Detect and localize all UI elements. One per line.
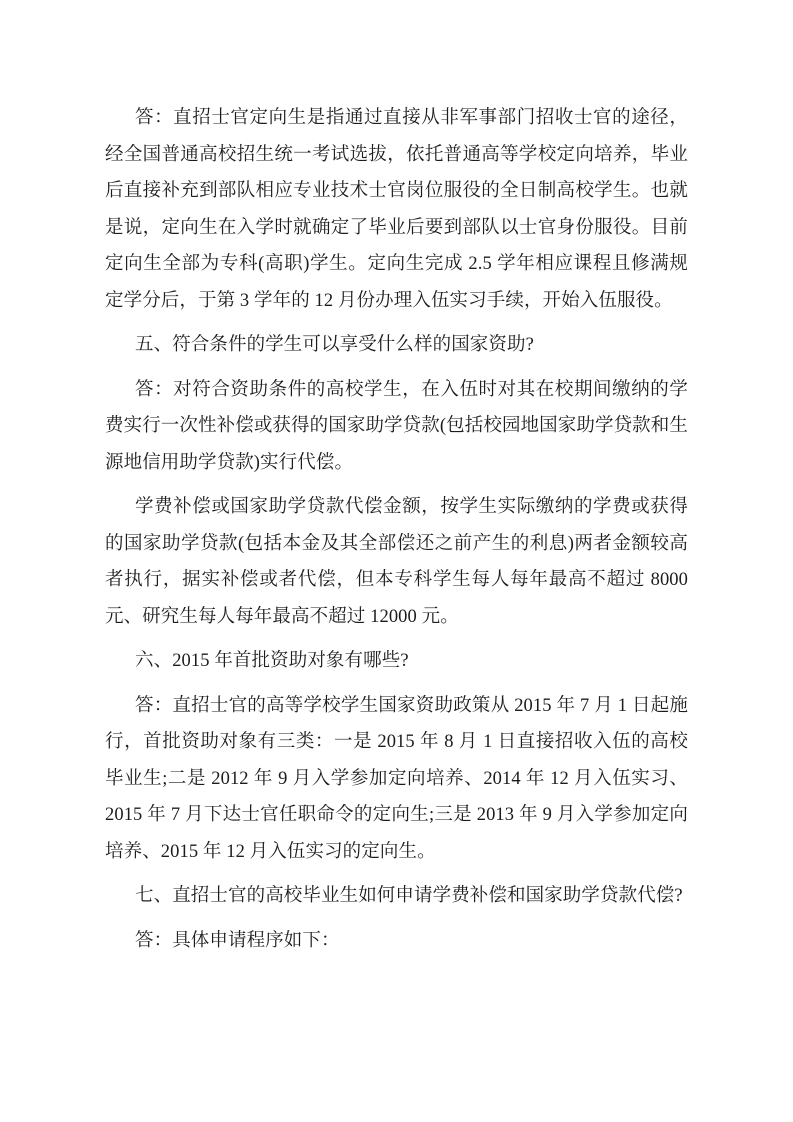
paragraph-answer: 学费补偿或国家助学贷款代偿金额，按学生实际缴纳的学费或获得的国家助学贷款(包括本… — [105, 489, 688, 635]
document-page: 答：直招士官定向生是指通过直接从非军事部门招收士官的途径，经全国普通高校招生统一… — [0, 0, 793, 1122]
paragraph-answer: 答：直招士官的高等学校学生国家资助政策从 2015 年 7 月 1 日起施行，首… — [105, 688, 688, 871]
paragraph-answer: 答：直招士官定向生是指通过直接从非军事部门招收士官的途径，经全国普通高校招生统一… — [105, 100, 688, 319]
paragraph-answer: 答：对符合资助条件的高校学生，在入伍时对其在校期间缴纳的学费实行一次性补偿或获得… — [105, 372, 688, 482]
paragraph-question: 七、直招士官的高校毕业生如何申请学费补偿和国家助学贷款代偿? — [105, 878, 688, 915]
paragraph-question: 五、符合条件的学生可以享受什么样的国家资助? — [105, 327, 688, 364]
paragraph-answer: 答：具体申请程序如下： — [105, 923, 688, 960]
document-body: 答：直招士官定向生是指通过直接从非军事部门招收士官的途径，经全国普通高校招生统一… — [105, 100, 688, 959]
paragraph-question: 六、2015 年首批资助对象有哪些? — [105, 643, 688, 680]
